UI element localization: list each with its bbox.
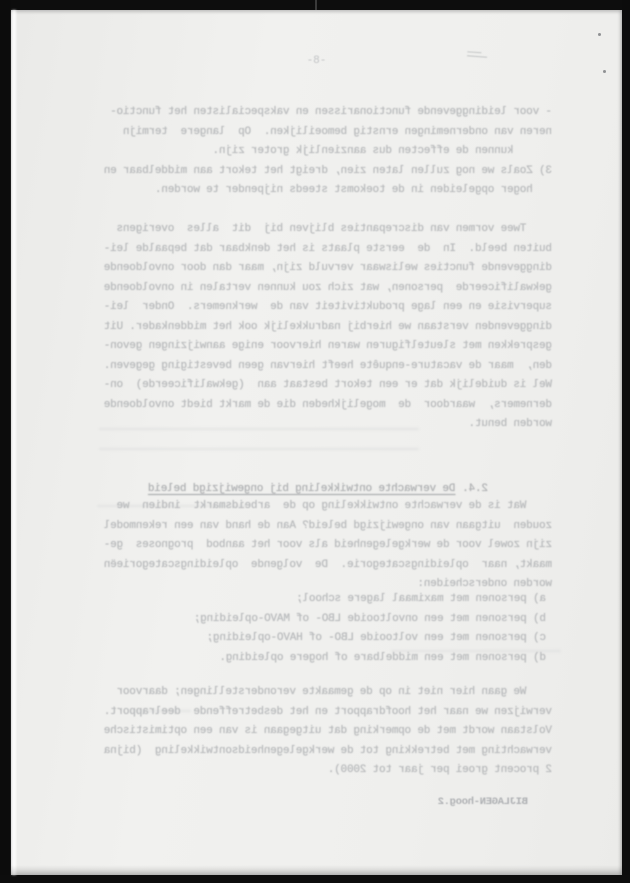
text-line: maakt, naar opleidingscategorie. De volg… xyxy=(92,556,552,576)
scanner-border-top xyxy=(0,0,630,10)
scanner-border-seam xyxy=(315,0,317,10)
list-item: b) personen met een onvoltooide LBO- of … xyxy=(86,610,546,630)
text-line: We gaan hier niet in op de gemaakte vero… xyxy=(92,683,552,703)
text-line: 3) Zoals we nog zullen laten zien, dreig… xyxy=(92,162,552,182)
list-item: d) personen met een middelbare of hogere… xyxy=(86,649,546,669)
scanner-border-bottom xyxy=(0,875,630,883)
text-line: kunnen de effecten dus aanzienlijk grote… xyxy=(92,142,552,162)
text-line: gekwalificeerde personen, wat zich zou k… xyxy=(92,279,552,299)
text-line: zijn zowel voor de werkgelegenheid als v… xyxy=(92,536,552,556)
text-line: dinggevende functies weliswaar vervuld z… xyxy=(92,259,552,279)
text-line: Wel is duidelijk dat er een tekort besta… xyxy=(92,376,552,396)
text-line: zouden uitgaan van ongewijzigd beleid? A… xyxy=(92,517,552,537)
text-line: den, maar de vacature-enquête heeft hier… xyxy=(92,357,552,377)
list-item: c) personen met een voltooide LBO- of HA… xyxy=(86,629,546,649)
text-line: Wat is de verwachte ontwikkeling op de a… xyxy=(92,497,552,517)
paragraph-verwachte-ontwikkeling: Wat is de verwachte ontwikkeling op de a… xyxy=(92,497,552,595)
text-line: verwijzen we naar het hoofdrapport en he… xyxy=(92,703,552,723)
text-line: verwachting met betrekking tot de werkge… xyxy=(92,742,552,762)
paragraph-discrepanties: Twee vormen van discrepanties blijven bi… xyxy=(92,220,552,435)
paper-sheet: -8- - voor leidinggevende functionarisse… xyxy=(11,10,622,875)
page-number: -8- xyxy=(11,55,622,67)
text-line: hoger opgeleiden in de toekomst steeds n… xyxy=(92,181,552,201)
paragraph-veronderstellingen: We gaan hier niet in op de gemaakte vero… xyxy=(92,683,552,781)
text-line: Volstaan wordt met de opmerking dat uitg… xyxy=(92,722,552,742)
text-line: gesprekken met sleutelfiguren waren hier… xyxy=(92,337,552,357)
footer-stamp: BIJLAGEN-hoog.2 xyxy=(438,796,528,808)
scanned-document-page: -8- - voor leidinggevende functionarisse… xyxy=(0,0,630,883)
text-line: dernemers, waardoor de mogelijkheden die… xyxy=(92,396,552,416)
paper-bottom-shadow xyxy=(11,865,622,875)
text-line: Twee vormen van discrepanties blijven bi… xyxy=(92,220,552,240)
text-line: supervisie en een lage produktiviteit va… xyxy=(92,298,552,318)
paragraph-list-continuation: - voor leidinggevende functionarissen en… xyxy=(92,103,552,201)
bleed-through-layer: -8- - voor leidinggevende functionarisse… xyxy=(11,10,622,875)
section-number: 2.4. xyxy=(462,483,488,495)
list-item: a) personen met maximaal lagere school; xyxy=(86,590,546,610)
text-line: neren van ondernemingen ernstig bemoeili… xyxy=(92,123,552,143)
scanner-border-left xyxy=(0,0,11,883)
opleidings-categorie-list: a) personen met maximaal lagere school; … xyxy=(86,590,552,668)
text-line: buiten beeld. In de eerste plaats is het… xyxy=(92,240,552,260)
pencil-mark xyxy=(467,51,488,62)
scanner-border-right xyxy=(622,0,630,883)
text-line: dinggevenden verstaan we hierbij nadrukk… xyxy=(92,318,552,338)
section-title: De verwachte ontwikkeling bij ongewijzig… xyxy=(148,483,455,495)
text-line: worden benut. xyxy=(92,415,552,435)
text-line: - voor leidinggevende functionarissen en… xyxy=(92,103,552,123)
text-line: 2 procent groei per jaar tot 2000). xyxy=(92,761,552,781)
